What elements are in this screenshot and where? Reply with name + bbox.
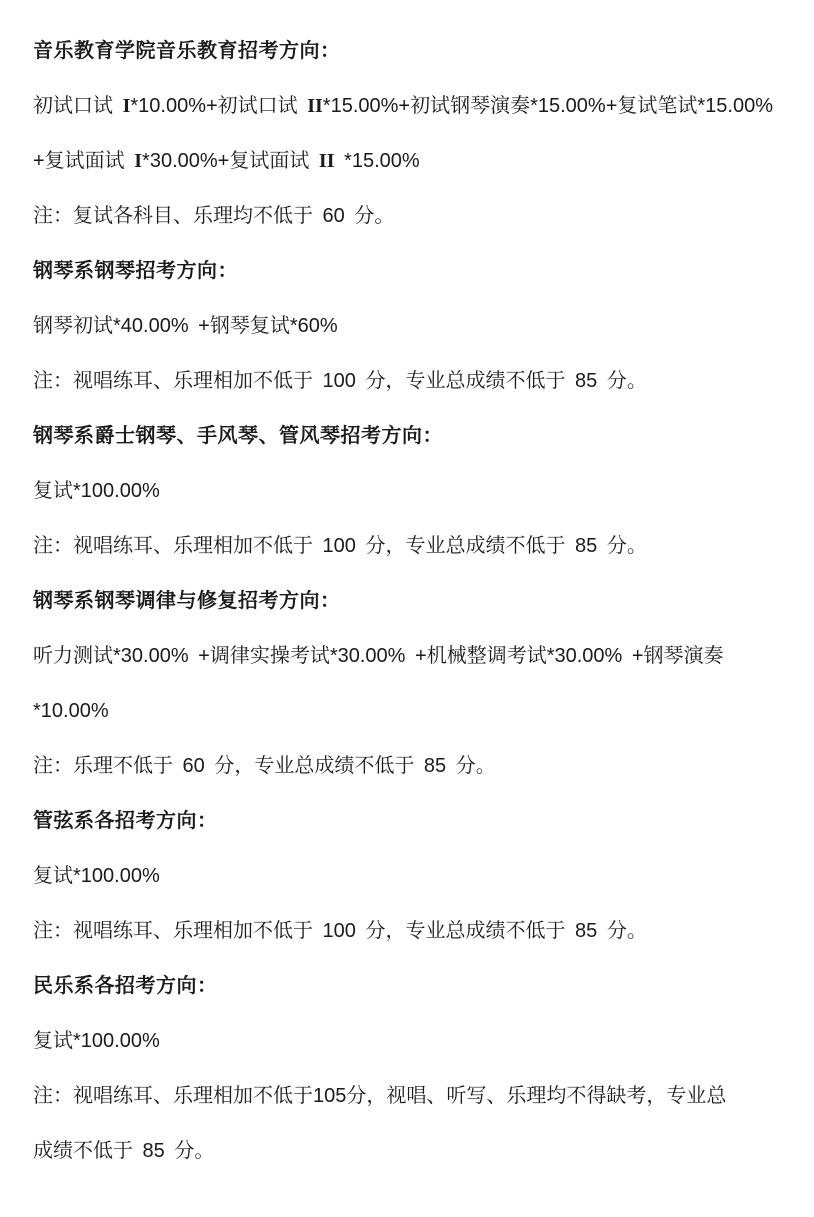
note-line: 注：视唱练耳、乐理相加不低于 100 分，专业总成绩不低于 85 分。: [33, 354, 780, 409]
section-piano-tuning-restoration: 钢琴系钢琴调律与修复招考方向： 听力测试*30.00% +调律实操考试*30.0…: [33, 574, 780, 794]
section-jazz-piano-accordion-organ: 钢琴系爵士钢琴、手风琴、管风琴招考方向： 复试*100.00% 注：视唱练耳、乐…: [33, 409, 780, 574]
section-music-education: 音乐教育学院音乐教育招考方向： 初试口试 I*10.00%+初试口试 II*15…: [33, 24, 780, 244]
formula-line: *10.00%: [33, 684, 780, 739]
section-folk-music: 民乐系各招考方向： 复试*100.00% 注：视唱练耳、乐理相加不低于105分，…: [33, 959, 780, 1179]
section-heading: 钢琴系钢琴招考方向：: [33, 244, 780, 299]
section-heading: 管弦系各招考方向：: [33, 794, 780, 849]
formula-line: 复试*100.00%: [33, 464, 780, 519]
formula-line: +复试面试 I*30.00%+复试面试 II *15.00%: [33, 134, 780, 189]
note-line: 成绩不低于 85 分。: [33, 1124, 780, 1179]
note-line: 注：视唱练耳、乐理相加不低于105分，视唱、听写、乐理均不得缺考，专业总: [33, 1069, 780, 1124]
section-heading: 民乐系各招考方向：: [33, 959, 780, 1014]
formula-line: 听力测试*30.00% +调律实操考试*30.00% +机械整调考试*30.00…: [33, 629, 780, 684]
section-heading: 钢琴系爵士钢琴、手风琴、管风琴招考方向：: [33, 409, 780, 464]
note-line: 注：复试各科目、乐理均不低于 60 分。: [33, 189, 780, 244]
section-heading: 音乐教育学院音乐教育招考方向：: [33, 24, 780, 79]
note-line: 注：视唱练耳、乐理相加不低于 100 分，专业总成绩不低于 85 分。: [33, 519, 780, 574]
note-line: 注：视唱练耳、乐理相加不低于 100 分，专业总成绩不低于 85 分。: [33, 904, 780, 959]
formula-line: 钢琴初试*40.00% +钢琴复试*60%: [33, 299, 780, 354]
section-piano: 钢琴系钢琴招考方向： 钢琴初试*40.00% +钢琴复试*60% 注：视唱练耳、…: [33, 244, 780, 409]
section-orchestral: 管弦系各招考方向： 复试*100.00% 注：视唱练耳、乐理相加不低于 100 …: [33, 794, 780, 959]
document-page: 音乐教育学院音乐教育招考方向： 初试口试 I*10.00%+初试口试 II*15…: [0, 0, 814, 1179]
note-line: 注：乐理不低于 60 分，专业总成绩不低于 85 分。: [33, 739, 780, 794]
formula-line: 初试口试 I*10.00%+初试口试 II*15.00%+初试钢琴演奏*15.0…: [33, 79, 780, 134]
formula-line: 复试*100.00%: [33, 849, 780, 904]
section-heading: 钢琴系钢琴调律与修复招考方向：: [33, 574, 780, 629]
formula-line: 复试*100.00%: [33, 1014, 780, 1069]
